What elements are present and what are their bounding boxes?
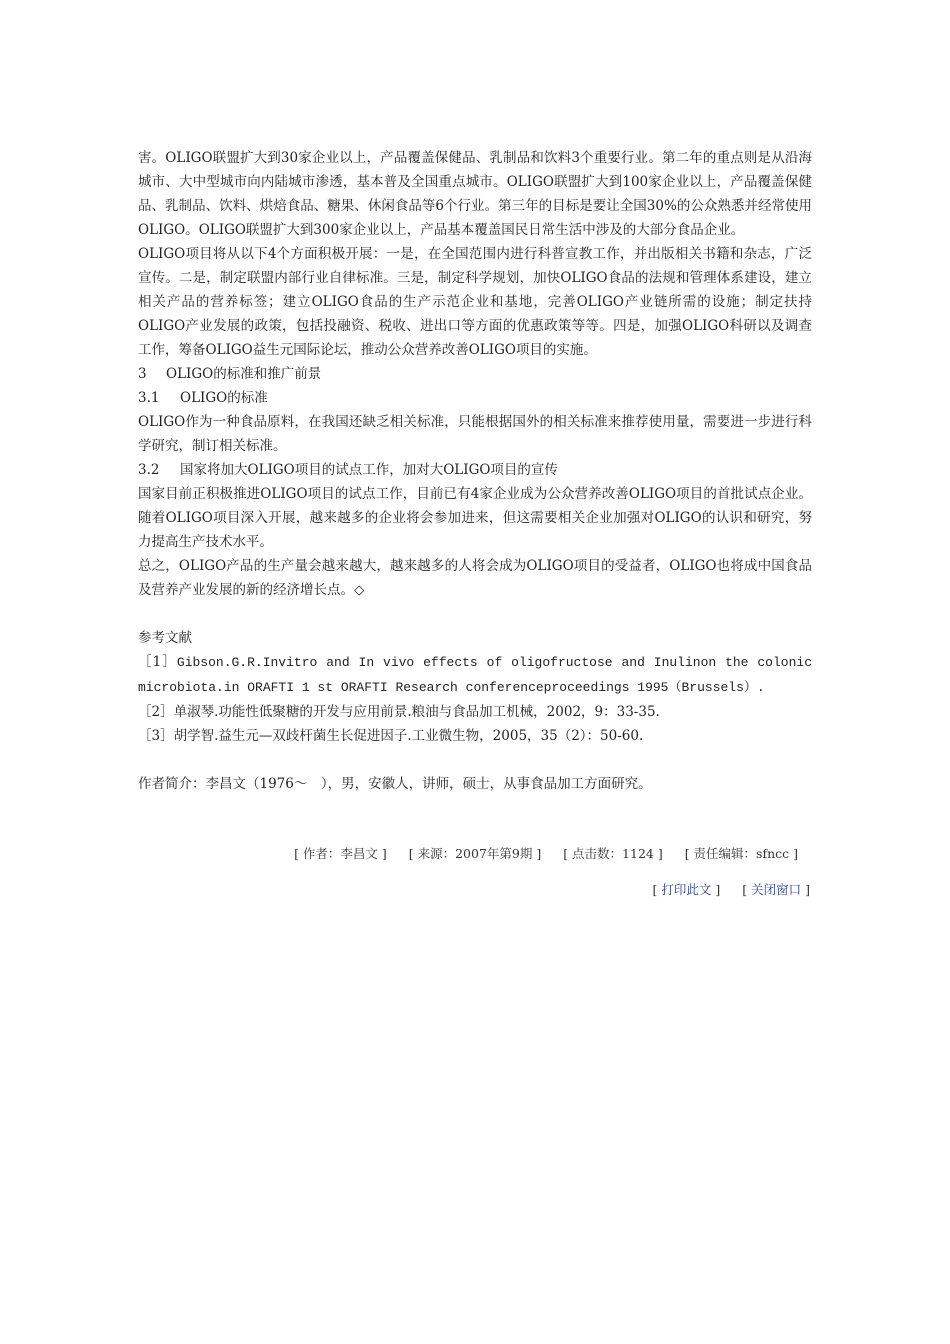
section-3-1-body: OLIGO作为一种食品原料，在我国还缺乏相关标准，只能根据国外的相关标准来推荐使… [138, 410, 812, 458]
meta-editor: [ 责任编辑：sfncc ] [685, 846, 798, 861]
section-title: OLIGO的标准和推广前景 [166, 366, 321, 382]
article-actions: [ 打印此文 ] [ 关闭窗口 ] [634, 880, 810, 900]
bracket-open: [ [742, 882, 747, 897]
section-title: OLIGO的标准 [180, 390, 268, 406]
bracket-close: ] [715, 882, 720, 897]
references-title: 参考文献 [138, 626, 812, 650]
reference-text: 胡学智.益生元—双歧杆菌生长促进因子.工业微生物，2005，35（2）：50-6… [174, 728, 644, 744]
close-window-link[interactable]: [ 关闭窗口 ] [742, 882, 810, 897]
meta-source: [ 来源：2007年第9期 ] [409, 846, 541, 861]
paragraph-four-aspects: OLIGO项目将从以下4个方面积极开展：一是，在全国范围内进行科普宣教工作，并出… [138, 242, 812, 362]
bracket-open: [ [652, 882, 657, 897]
print-label: 打印此文 [661, 882, 711, 897]
close-label: 关闭窗口 [751, 882, 801, 897]
section-3-2-heading: 3.2国家将加大OLIGO项目的试点工作，加对大OLIGO项目的宣传 [138, 458, 812, 482]
reference-label: ［3］ [138, 728, 174, 744]
paragraph-rollout-plan: 害。OLIGO联盟扩大到30家企业以上，产品覆盖保健品、乳制品和饮料3个重要行业… [138, 146, 812, 242]
section-3-heading: 3OLIGO的标准和推广前景 [138, 362, 812, 386]
reference-item: ［3］胡学智.益生元—双歧杆菌生长促进因子.工业微生物，2005，35（2）：5… [138, 724, 812, 748]
reference-text: Gibson.G.R.Invitro and In vivo effects o… [138, 655, 812, 695]
section-number: 3 [138, 362, 166, 386]
reference-item: ［1］Gibson.G.R.Invitro and In vivo effect… [138, 650, 812, 700]
section-number: 3.1 [138, 386, 180, 410]
section-3-1-heading: 3.1OLIGO的标准 [138, 386, 812, 410]
reference-label: ［1］ [138, 654, 177, 670]
print-article-link[interactable]: [ 打印此文 ] [652, 882, 724, 897]
section-title: 国家将加大OLIGO项目的试点工作，加对大OLIGO项目的宣传 [180, 462, 558, 478]
reference-text: 单淑琴.功能性低聚糖的开发与应用前景.粮油与食品加工机械，2002，9：33-3… [174, 704, 660, 720]
meta-author: [ 作者：李昌文 ] [294, 846, 387, 861]
author-bio: 作者简介：李昌文（1976～ ），男，安徽人，讲师，硕士，从事食品加工方面研究。 [138, 772, 812, 796]
section-3-2-body: 国家目前正积极推进OLIGO项目的试点工作，目前已有4家企业成为公众营养改善OL… [138, 482, 812, 554]
spacer [138, 602, 812, 626]
meta-clicks: [ 点击数：1124 ] [563, 846, 663, 861]
reference-label: ［2］ [138, 704, 174, 720]
article-meta: [ 作者：李昌文 ] [ 来源：2007年第9期 ] [ 点击数：1124 ] … [276, 844, 798, 864]
reference-item: ［2］单淑琴.功能性低聚糖的开发与应用前景.粮油与食品加工机械，2002，9：3… [138, 700, 812, 724]
section-number: 3.2 [138, 458, 180, 482]
article-body: 害。OLIGO联盟扩大到30家企业以上，产品覆盖保健品、乳制品和饮料3个重要行业… [138, 146, 812, 796]
spacer [138, 748, 812, 772]
conclusion-paragraph: 总之，OLIGO产品的生产量会越来越大，越来越多的人将会成为OLIGO项目的受益… [138, 554, 812, 602]
bracket-close: ] [805, 882, 810, 897]
